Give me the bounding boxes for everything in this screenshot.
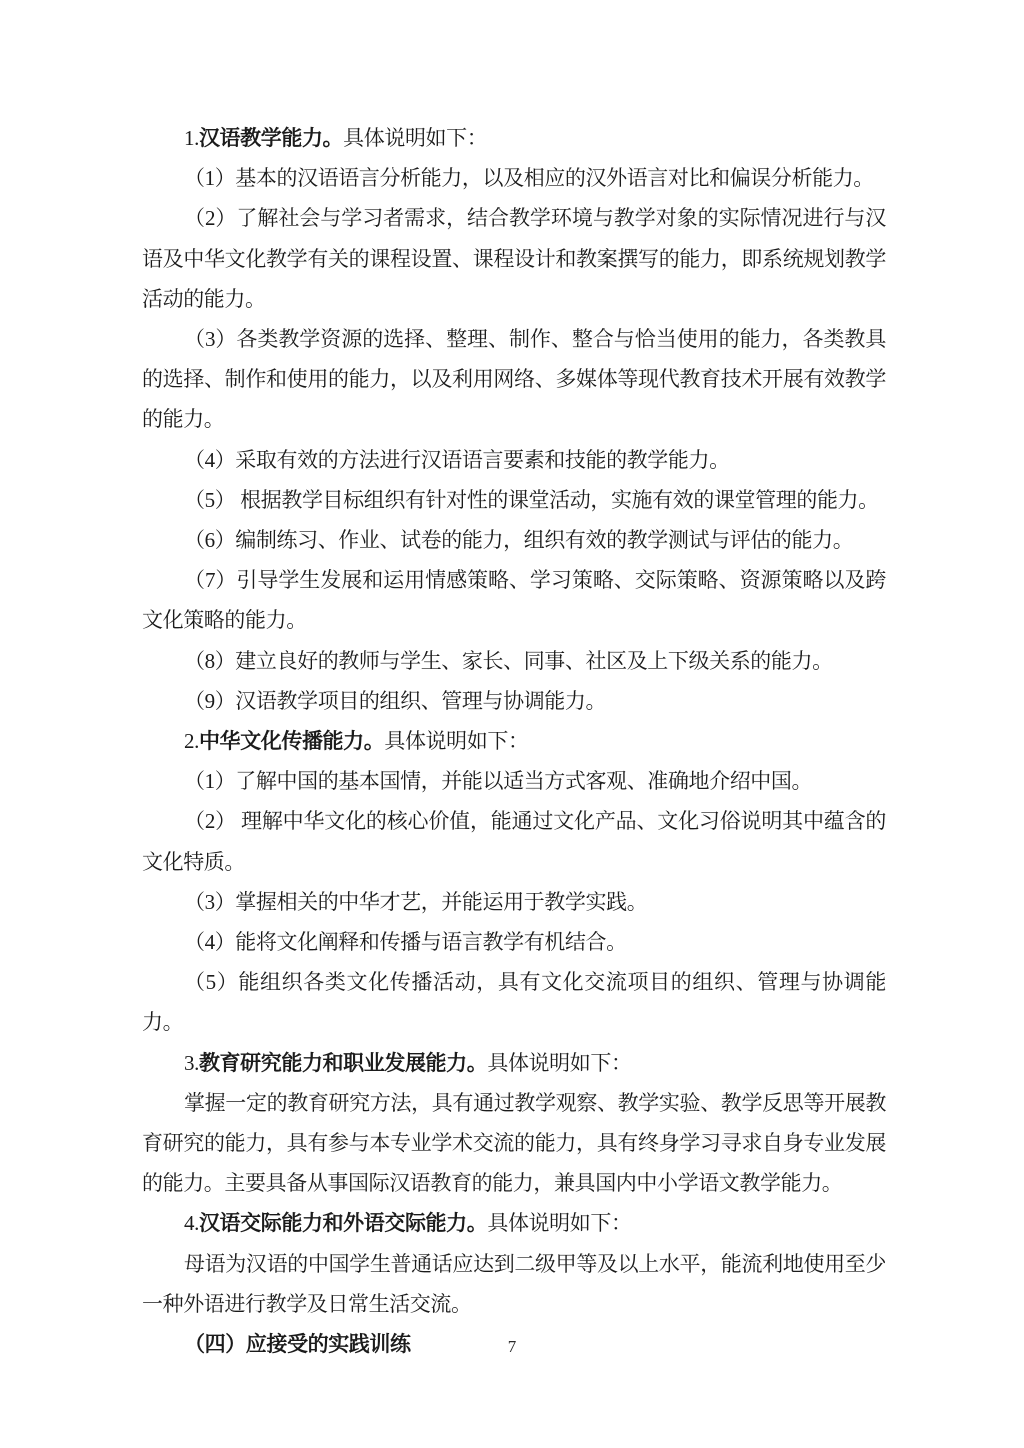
heading-number: 1. bbox=[184, 126, 199, 150]
document-page: 1.汉语教学能力。具体说明如下： （1）基本的汉语语言分析能力，以及相应的汉外语… bbox=[0, 0, 1024, 1448]
list-item-1-1: （1）基本的汉语语言分析能力，以及相应的汉外语言对比和偏误分析能力。 bbox=[142, 158, 886, 198]
list-item-2-2: （2） 理解中华文化的核心价值，能通过文化产品、文化习俗说明其中蕴含的文化特质。 bbox=[142, 801, 886, 881]
list-item-1-2: （2）了解社会与学习者需求，结合教学环境与教学对象的实际情况进行与汉语及中华文化… bbox=[142, 198, 886, 319]
heading-rest-text: 具体说明如下： bbox=[384, 729, 528, 753]
list-item-2-3: （3）掌握相关的中华才艺，并能运用于教学实践。 bbox=[142, 882, 886, 922]
page-number: 7 bbox=[0, 1337, 1024, 1357]
numbered-heading-1: 1.汉语教学能力。具体说明如下： bbox=[142, 118, 886, 158]
heading-number: 2. bbox=[184, 729, 199, 753]
heading-rest-text: 具体说明如下： bbox=[487, 1051, 631, 1075]
heading-bold-text: 汉语教学能力。 bbox=[199, 126, 343, 150]
heading-rest-text: 具体说明如下： bbox=[487, 1211, 631, 1235]
list-item-1-4: （4）采取有效的方法进行汉语语言要素和技能的教学能力。 bbox=[142, 440, 886, 480]
list-item-1-5: （5） 根据教学目标组织有针对性的课堂活动，实施有效的课堂管理的能力。 bbox=[142, 480, 886, 520]
list-item-2-5: （5）能组织各类文化传播活动，具有文化交流项目的组织、管理与协调能力。 bbox=[142, 962, 886, 1042]
list-item-2-4: （4）能将文化阐释和传播与语言教学有机结合。 bbox=[142, 922, 886, 962]
heading-number: 3. bbox=[184, 1051, 199, 1075]
heading-bold-text: 中华文化传播能力。 bbox=[199, 729, 384, 753]
heading-bold-text: 汉语交际能力和外语交际能力。 bbox=[199, 1211, 487, 1235]
body-paragraph-4: 母语为汉语的中国学生普通话应达到二级甲等及以上水平，能流利地使用至少一种外语进行… bbox=[142, 1244, 886, 1324]
list-item-1-8: （8）建立良好的教师与学生、家长、同事、社区及上下级关系的能力。 bbox=[142, 641, 886, 681]
page-body: 1.汉语教学能力。具体说明如下： （1）基本的汉语语言分析能力，以及相应的汉外语… bbox=[142, 118, 886, 1364]
list-item-1-7: （7）引导学生发展和运用情感策略、学习策略、交际策略、资源策略以及跨文化策略的能… bbox=[142, 560, 886, 640]
numbered-heading-2: 2.中华文化传播能力。具体说明如下： bbox=[142, 721, 886, 761]
heading-bold-text: 教育研究能力和职业发展能力。 bbox=[199, 1051, 487, 1075]
list-item-2-1: （1）了解中国的基本国情，并能以适当方式客观、准确地介绍中国。 bbox=[142, 761, 886, 801]
heading-rest-text: 具体说明如下： bbox=[343, 126, 487, 150]
list-item-1-6: （6）编制练习、作业、试卷的能力，组织有效的教学测试与评估的能力。 bbox=[142, 520, 886, 560]
heading-number: 4. bbox=[184, 1211, 199, 1235]
list-item-1-3: （3）各类教学资源的选择、整理、制作、整合与恰当使用的能力，各类教具的选择、制作… bbox=[142, 319, 886, 440]
numbered-heading-4: 4.汉语交际能力和外语交际能力。具体说明如下： bbox=[142, 1203, 886, 1243]
list-item-1-9: （9）汉语教学项目的组织、管理与协调能力。 bbox=[142, 681, 886, 721]
numbered-heading-3: 3.教育研究能力和职业发展能力。具体说明如下： bbox=[142, 1043, 886, 1083]
body-paragraph-3: 掌握一定的教育研究方法，具有通过教学观察、教学实验、教学反思等开展教育研究的能力… bbox=[142, 1083, 886, 1204]
